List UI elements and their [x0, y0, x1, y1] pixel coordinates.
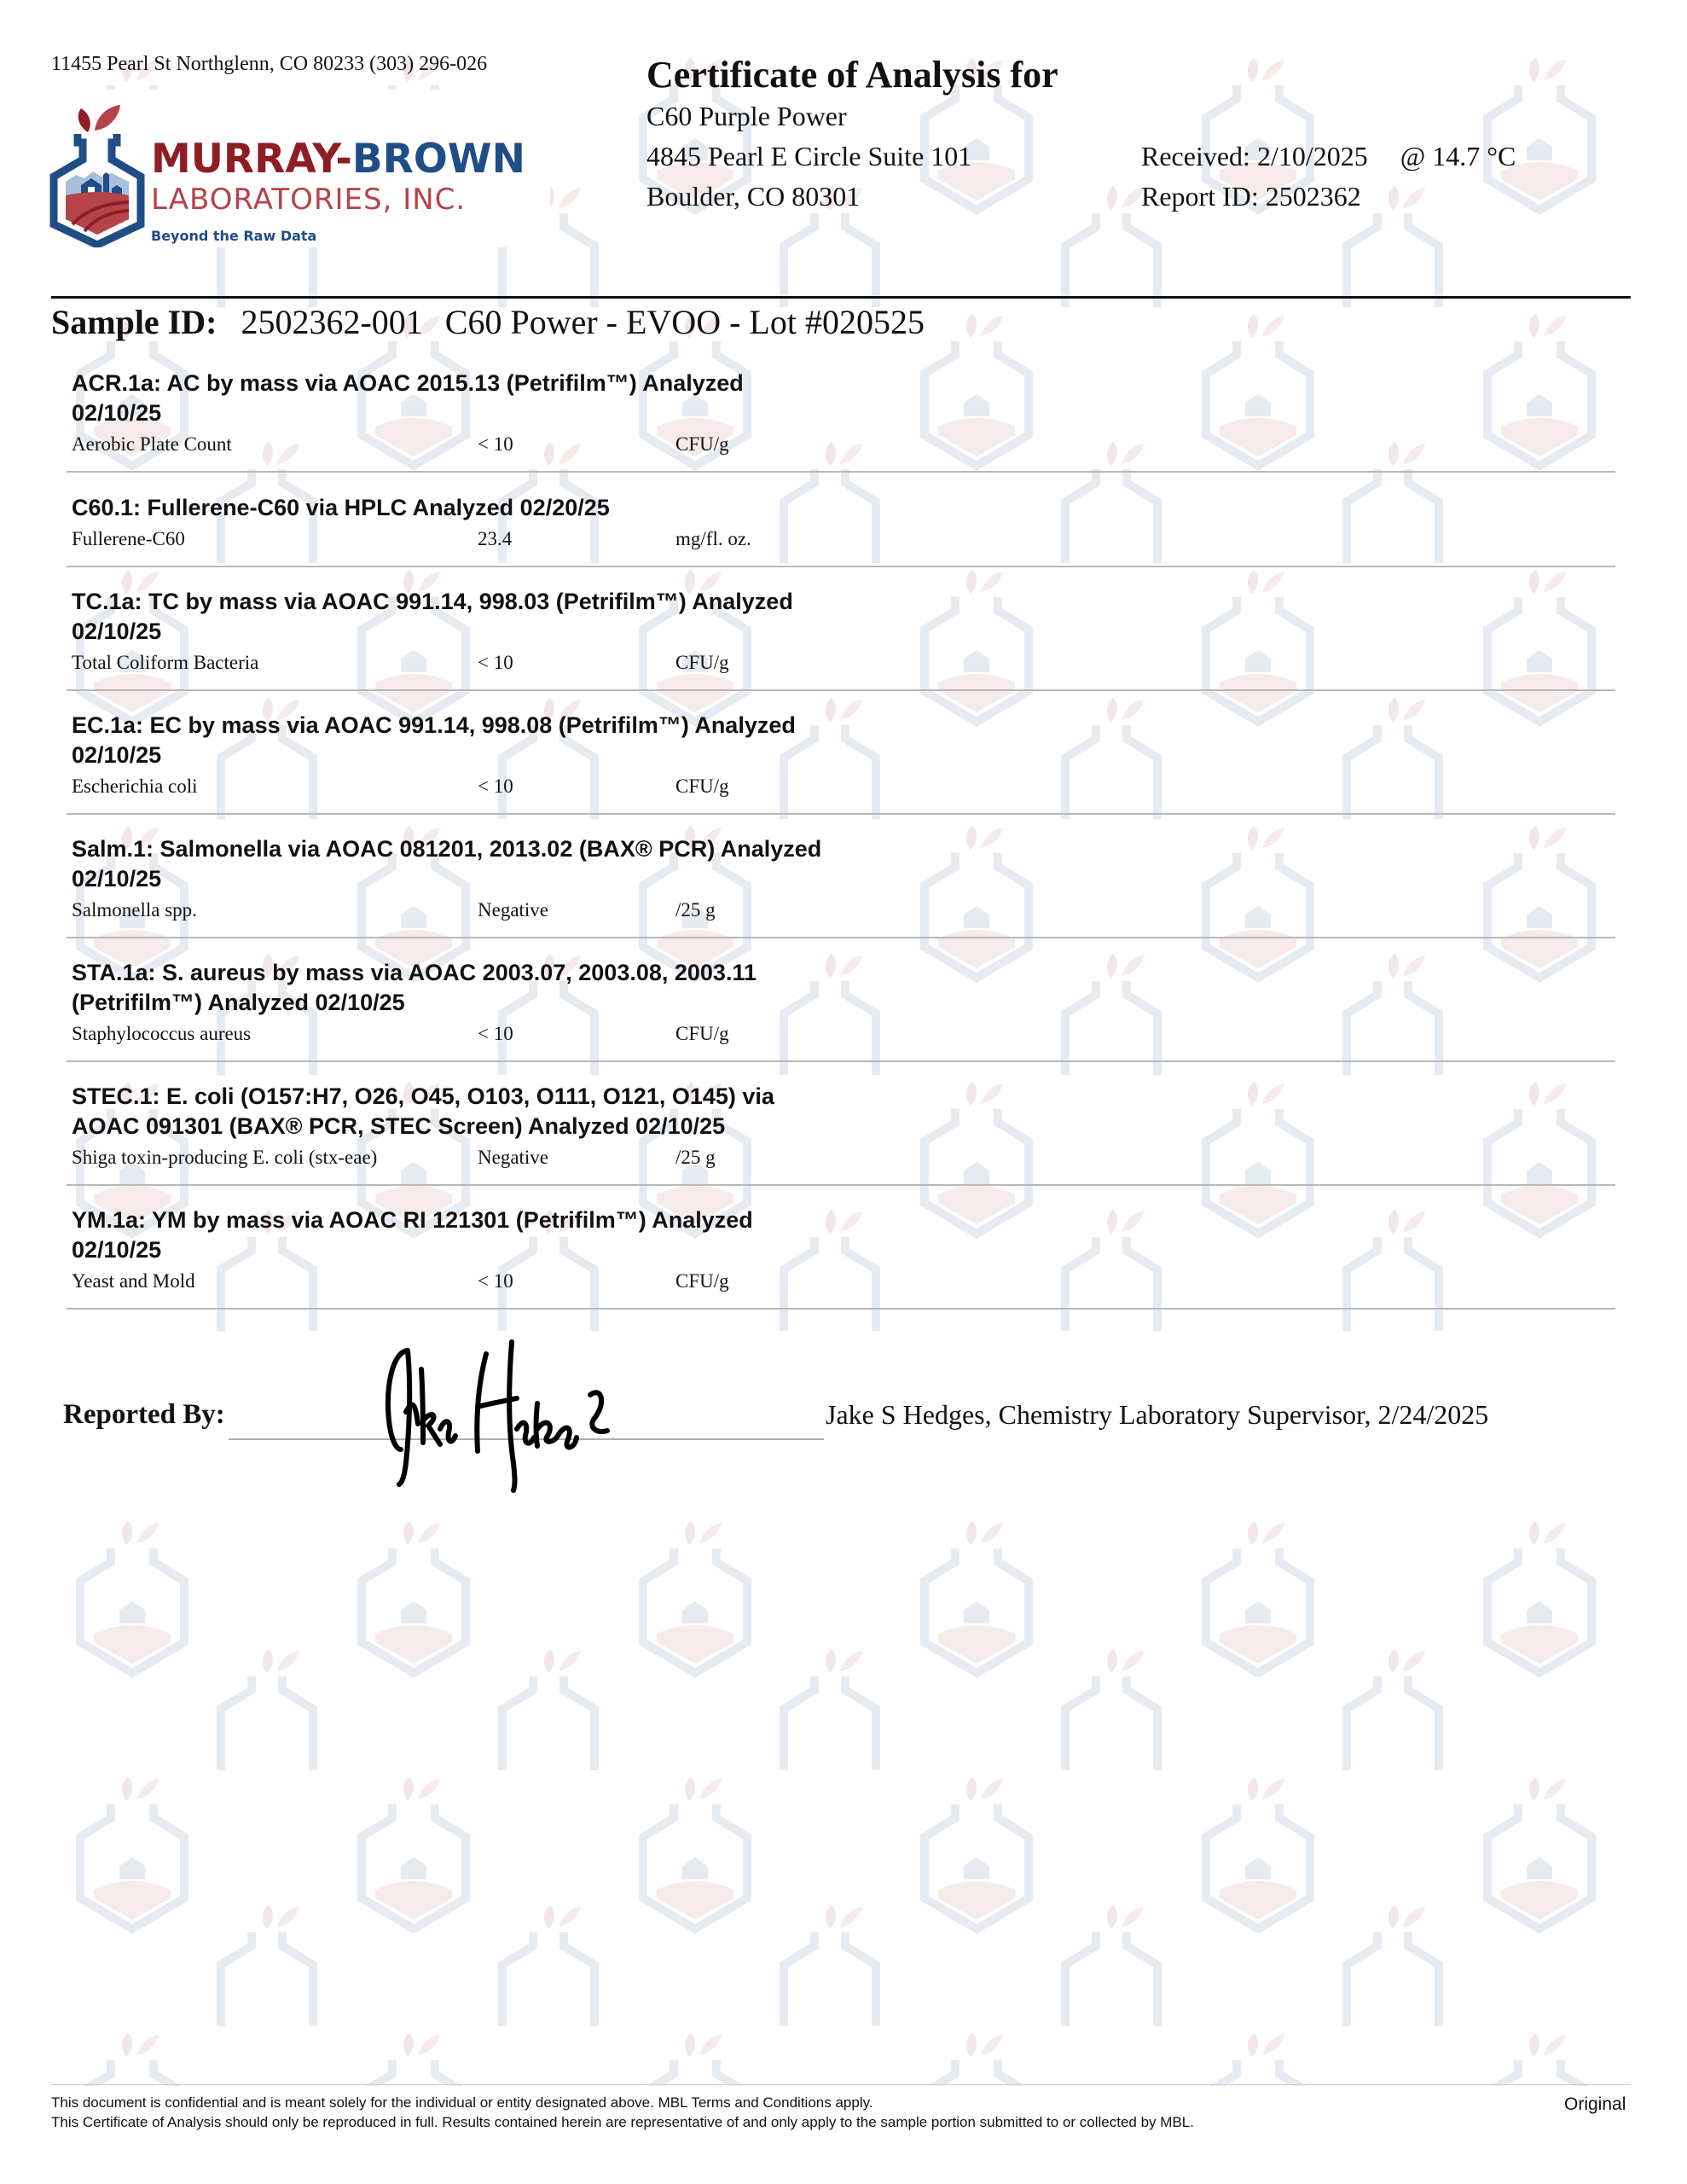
report-id-label: Report ID: [1141, 181, 1259, 212]
received-info: Received: 2/10/2025 @ 14.7 °C [1141, 141, 1516, 172]
lab-name: MURRAY-BROWN [151, 139, 525, 179]
result-value: < 10 [478, 433, 513, 456]
test-method: EC.1a: EC by mass via AOAC 991.14, 998.0… [72, 711, 839, 770]
client-name: C60 Purple Power [646, 101, 847, 132]
result-value: < 10 [478, 652, 513, 674]
client-address-line-2: Boulder, CO 80301 [646, 181, 860, 212]
analyte: Shiga toxin-producing E. coli (stx-eae) [72, 1147, 377, 1169]
row-divider [67, 1308, 1615, 1310]
test-method: Salm.1: Salmonella via AOAC 081201, 2013… [72, 834, 839, 894]
footer-divider [51, 2084, 1631, 2085]
result-row: Fullerene-C60 23.4 mg/fl. oz. [72, 528, 1610, 557]
test-block: Salm.1: Salmonella via AOAC 081201, 2013… [72, 834, 1610, 928]
sample-header: Sample ID:2502362-001C60 Power - EVOO - … [51, 302, 925, 342]
row-divider [67, 689, 1615, 691]
received-temperature: @ 14.7 °C [1400, 141, 1516, 171]
analyte: Fullerene-C60 [72, 528, 185, 550]
result-value: Negative [478, 899, 548, 921]
result-unit: /25 g [675, 899, 716, 921]
result-value: 23.4 [478, 528, 512, 550]
result-value: Negative [478, 1147, 548, 1169]
analyte: Salmonella spp. [72, 899, 197, 921]
result-row: Yeast and Mold < 10 CFU/g [72, 1270, 1610, 1299]
row-divider [67, 471, 1615, 473]
test-method: STEC.1: E. coli (O157:H7, O26, O45, O103… [72, 1082, 839, 1141]
analyte: Staphylococcus aureus [72, 1023, 251, 1045]
analyte: Escherichia coli [72, 775, 198, 798]
result-row: Aerobic Plate Count < 10 CFU/g [72, 433, 1610, 462]
footer-confidentiality: This document is confidential and is mea… [51, 2094, 873, 2111]
sample-id-label: Sample ID: [51, 303, 217, 341]
row-divider [67, 813, 1615, 815]
row-divider [67, 566, 1615, 567]
result-value: < 10 [478, 1270, 513, 1292]
sample-id: 2502362-001 [241, 303, 422, 341]
test-block: YM.1a: YM by mass via AOAC RI 121301 (Pe… [72, 1205, 1610, 1299]
lab-logo: MURRAY-BROWN LABORATORIES, INC. Beyond t… [47, 90, 550, 247]
result-row: Staphylococcus aureus < 10 CFU/g [72, 1023, 1610, 1052]
test-method: ACR.1a: AC by mass via AOAC 2015.13 (Pet… [72, 369, 839, 428]
analyte: Aerobic Plate Count [72, 433, 232, 456]
test-block: TC.1a: TC by mass via AOAC 991.14, 998.0… [72, 587, 1610, 681]
test-method: C60.1: Fullerene-C60 via HPLC Analyzed 0… [72, 493, 839, 523]
result-value: < 10 [478, 775, 513, 798]
result-unit: CFU/g [675, 652, 729, 674]
lab-tagline: Beyond the Raw Data [151, 228, 316, 244]
row-divider [67, 937, 1615, 938]
received-label: Received: [1141, 141, 1250, 171]
flask-logo-icon [47, 90, 148, 247]
certificate-title: Certificate of Analysis for [646, 53, 1058, 96]
watermark-pattern [51, 1514, 1617, 2086]
analyte: Yeast and Mold [72, 1270, 195, 1292]
result-unit: CFU/g [675, 433, 729, 456]
test-block: STA.1a: S. aureus by mass via AOAC 2003.… [72, 958, 1610, 1052]
row-divider [67, 1184, 1615, 1186]
result-row: Salmonella spp. Negative /25 g [72, 899, 1610, 928]
row-divider [67, 1060, 1615, 1062]
result-row: Total Coliform Bacteria < 10 CFU/g [72, 652, 1610, 681]
lab-name-subtitle: LABORATORIES, INC. [151, 185, 466, 214]
client-address-line-1: 4845 Pearl E Circle Suite 101 [646, 141, 971, 172]
test-block: STEC.1: E. coli (O157:H7, O26, O45, O103… [72, 1082, 1610, 1176]
sample-description: C60 Power - EVOO - Lot #020525 [445, 303, 925, 341]
footer-reproduction-notice: This Certificate of Analysis should only… [51, 2114, 1194, 2131]
signature-image [367, 1335, 691, 1497]
copy-status: Original [1564, 2094, 1626, 2115]
test-method: TC.1a: TC by mass via AOAC 991.14, 998.0… [72, 587, 839, 647]
result-unit: CFU/g [675, 1023, 729, 1045]
header-divider [51, 296, 1631, 299]
report-id: Report ID: 2502362 [1141, 181, 1361, 212]
result-row: Escherichia coli < 10 CFU/g [72, 775, 1610, 804]
analyte: Total Coliform Bacteria [72, 652, 258, 674]
lab-address: 11455 Pearl St Northglenn, CO 80233 (303… [51, 53, 546, 76]
result-unit: CFU/g [675, 1270, 729, 1292]
test-block: EC.1a: EC by mass via AOAC 991.14, 998.0… [72, 711, 1610, 804]
result-value: < 10 [478, 1023, 513, 1045]
report-id-value: 2502362 [1266, 181, 1361, 212]
result-unit: CFU/g [675, 775, 729, 798]
result-unit: mg/fl. oz. [675, 528, 751, 550]
result-row: Shiga toxin-producing E. coli (stx-eae) … [72, 1147, 1610, 1176]
reported-by-label: Reported By: [63, 1399, 225, 1431]
received-date: 2/10/2025 [1257, 141, 1368, 171]
signer-info: Jake S Hedges, Chemistry Laboratory Supe… [826, 1399, 1488, 1431]
result-unit: /25 g [675, 1147, 716, 1169]
test-method: STA.1a: S. aureus by mass via AOAC 2003.… [72, 958, 839, 1018]
test-method: YM.1a: YM by mass via AOAC RI 121301 (Pe… [72, 1205, 839, 1265]
test-block: C60.1: Fullerene-C60 via HPLC Analyzed 0… [72, 493, 1610, 557]
test-block: ACR.1a: AC by mass via AOAC 2015.13 (Pet… [72, 369, 1610, 462]
